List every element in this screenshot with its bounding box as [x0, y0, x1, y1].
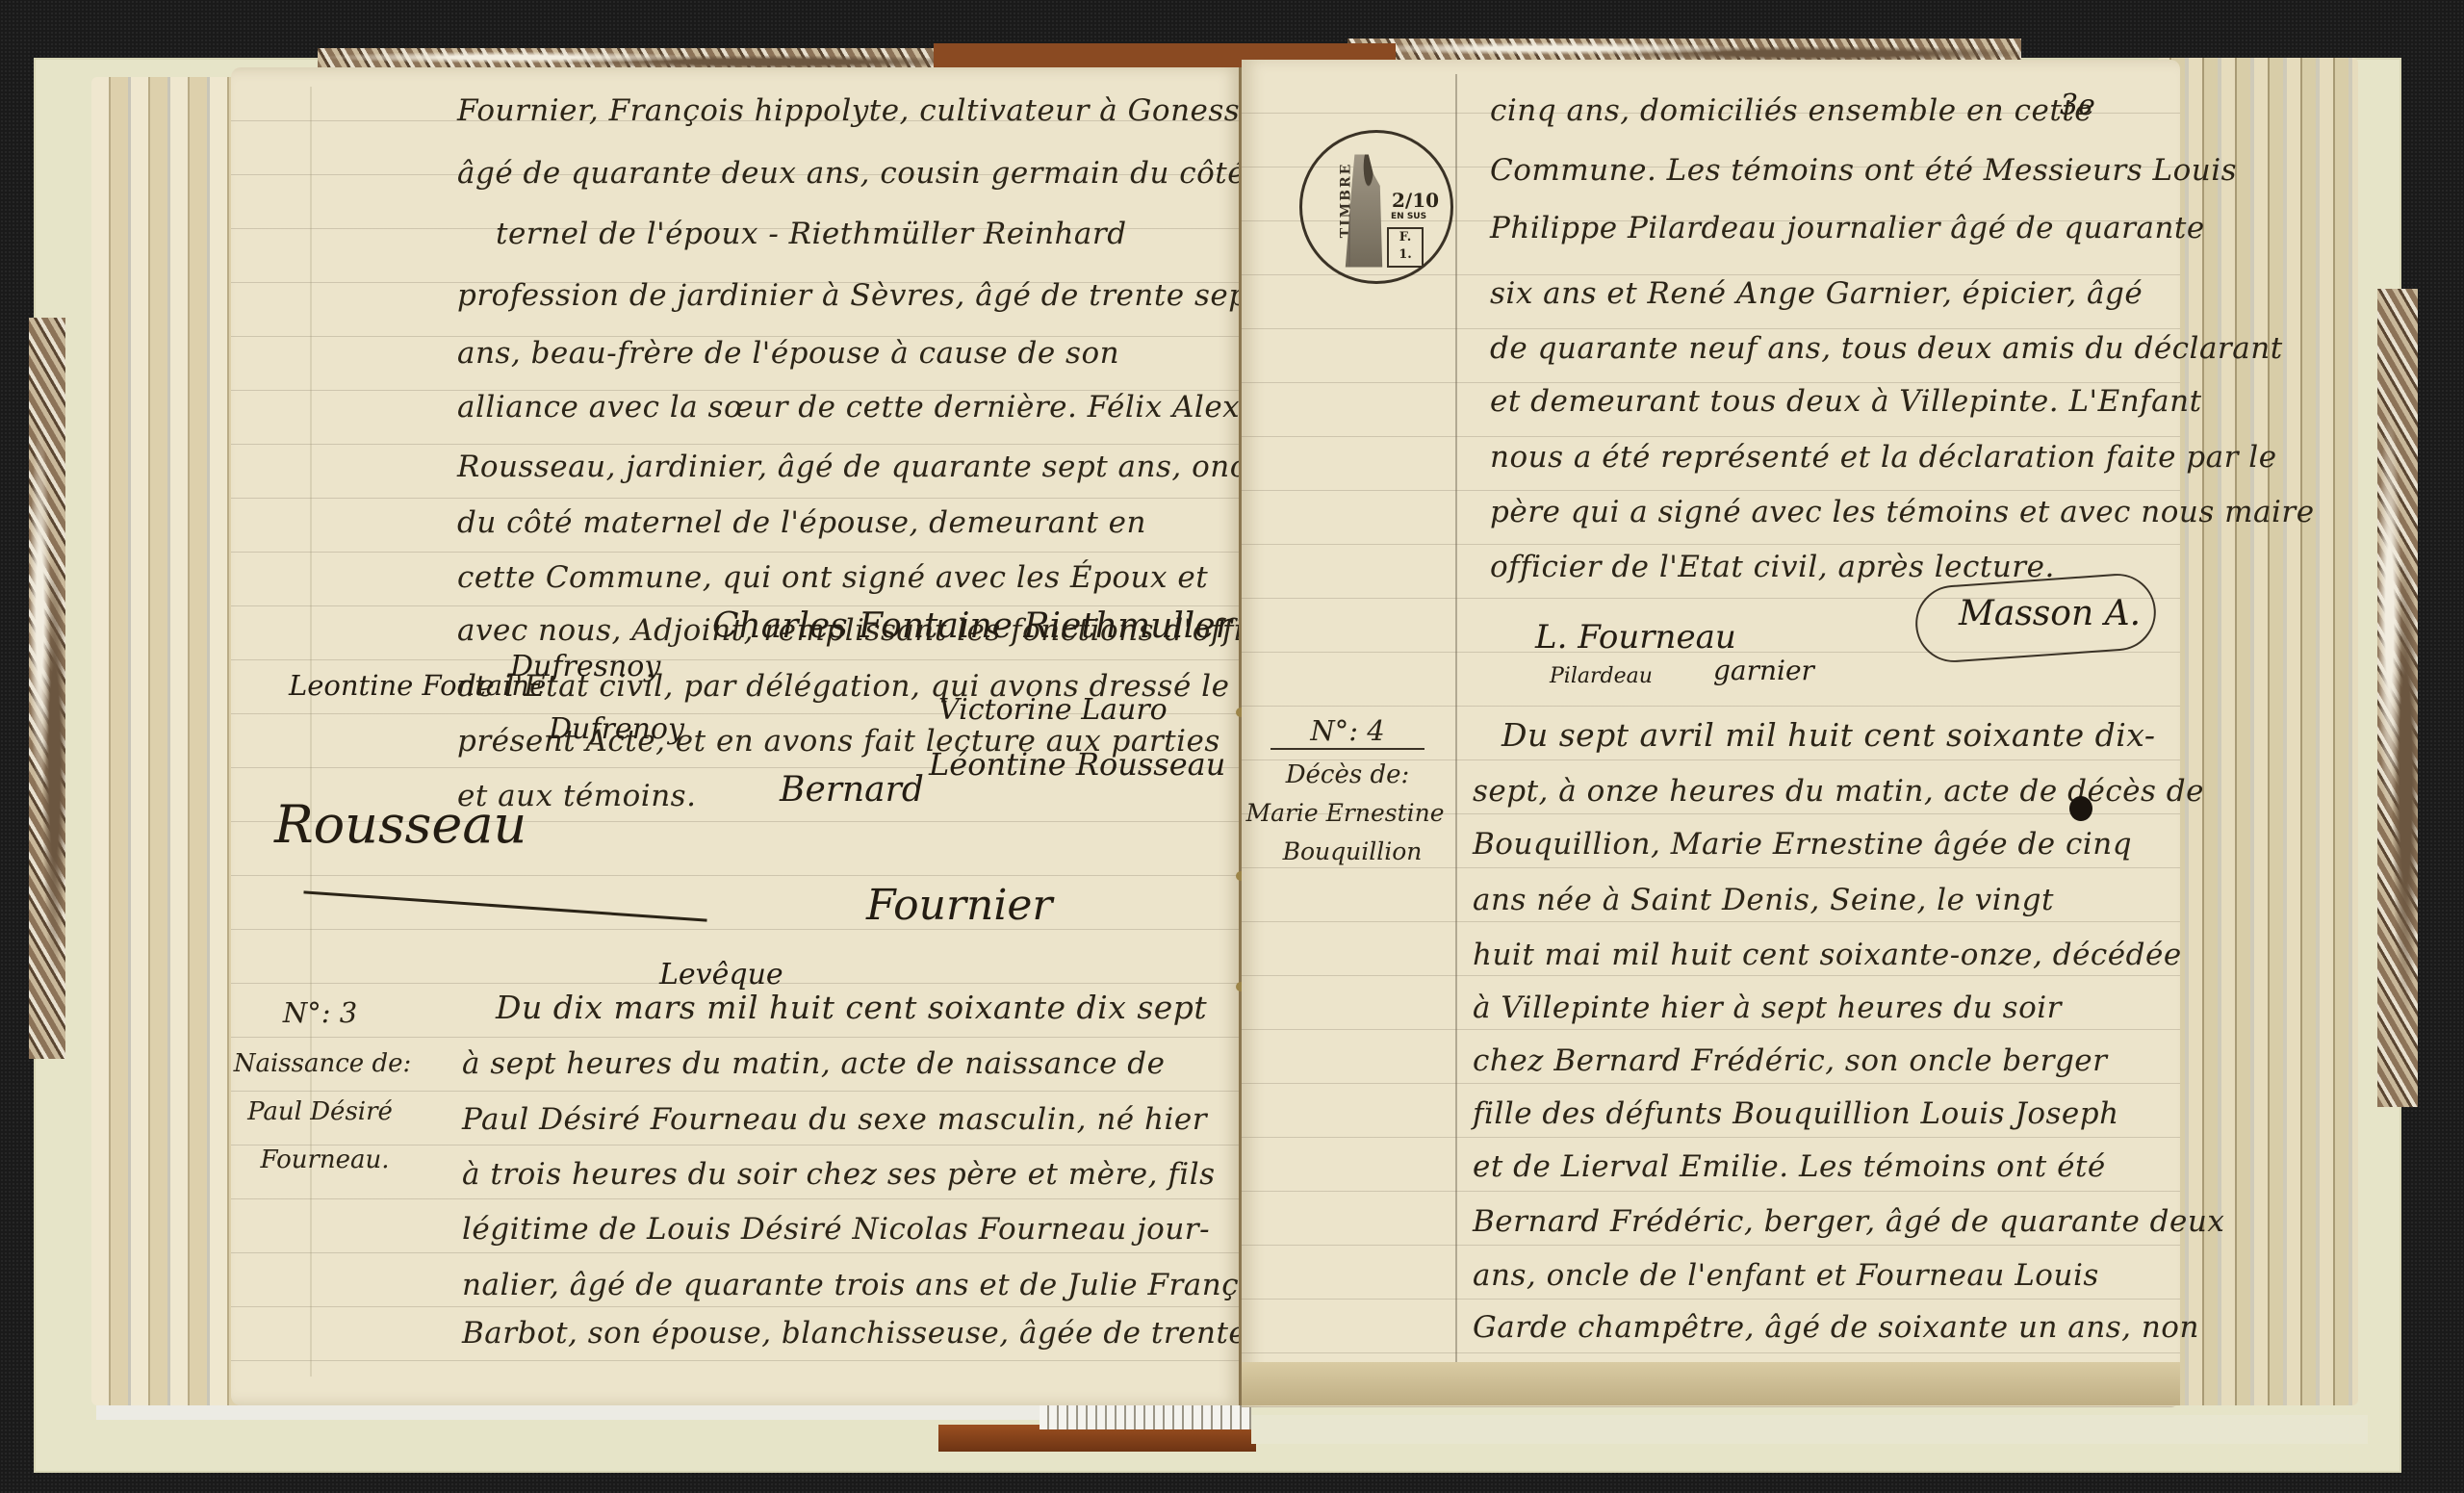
signature-fourneau: L. Fourneau — [1535, 618, 1736, 656]
entry-4-line: et de Lierval Emilie. Les témoins ont ét… — [1473, 1152, 2106, 1182]
entry-3-line: à trois heures du soir chez ses père et … — [462, 1160, 1216, 1190]
text-line: âgé de quarante deux ans, cousin germain… — [457, 159, 1245, 189]
text-line: nous a été représenté et la déclaration … — [1490, 443, 2277, 473]
signature-masson: Masson A. — [1959, 594, 2141, 633]
entry-4-line: à Villepinte hier à sept heures du soir — [1473, 993, 2062, 1023]
right-margin-rule — [1455, 74, 1457, 1374]
text-line: ans, beau-frère de l'épouse à cause de s… — [457, 339, 1119, 369]
text-line: officier de l'Etat civil, après lecture. — [1490, 553, 2055, 582]
signature-bernard: Bernard — [780, 770, 924, 810]
signature-dufrenoy: Dufrenoy — [549, 712, 684, 746]
text-line: et demeurant tous deux à Villepinte. L'E… — [1490, 387, 2202, 417]
entry-3-line: Du dix mars mil huit cent soixante dix s… — [496, 991, 1207, 1023]
entry-4-line: ans née à Saint Denis, Seine, le vingt — [1473, 886, 2054, 915]
entry-4-line: huit mai mil huit cent soixante-onze, dé… — [1473, 940, 2182, 970]
entry-4-line: Du sept avril mil huit cent soixante dix… — [1501, 719, 2156, 751]
signature-leveque: Levêque — [659, 958, 783, 991]
entry-3-line: nalier, âgé de quarante trois ans et de … — [462, 1271, 1301, 1300]
entry-3-line: à sept heures du matin, acte de naissanc… — [462, 1049, 1165, 1079]
tax-stamp-timbre: TIMBRE 2/10 EN SUS F. 1. — [1299, 130, 1453, 284]
ink-blot — [2069, 796, 2092, 821]
stamp-value-box: F. 1. — [1387, 227, 1424, 268]
stamp-box-line-1: F. — [1389, 229, 1422, 246]
signature-dufresnoy: Dufresnoy — [510, 650, 660, 683]
entry-4-line: fille des défunts Bouquillion Louis Jose… — [1473, 1099, 2119, 1129]
text-line: cinq ans, domiciliés ensemble en cette — [1490, 96, 2092, 126]
signature-charles-fontaine: Charles Fontaine Riethmuller — [712, 606, 1232, 646]
page-block-bottom-right — [1251, 1415, 2368, 1444]
entry-4-line: sept, à onze heures du matin, acte de dé… — [1473, 777, 2204, 807]
entry-3-name-first: Paul Désiré — [231, 1097, 409, 1126]
entry-4-type: Décès de: — [1261, 760, 1434, 789]
entry-4-name-first: Marie Ernestine — [1242, 799, 1449, 827]
text-line: Philippe Pilardeau journalier âgé de qua… — [1490, 214, 2205, 244]
signature-fournier: Fournier — [866, 881, 1052, 930]
signature-garnier: garnier — [1713, 655, 1814, 686]
entry-4-number: N°: 4 — [1261, 714, 1434, 747]
right-page-bottom-edge — [1242, 1362, 2180, 1405]
entry-3-line: Barbot, son épouse, blanchisseuse, âgée … — [462, 1319, 1246, 1349]
text-line: du côté maternel de l'épouse, demeurant … — [457, 508, 1146, 538]
page-stack-right — [2156, 58, 2358, 1405]
left-page: Fournier, François hippolyte, cultivateu… — [231, 67, 1242, 1405]
entry-4-name-last: Bouquillion — [1261, 837, 1444, 865]
text-line: alliance avec la sœur de cette dernière.… — [457, 393, 1330, 423]
text-line: Rousseau, jardinier, âgé de quarante sep… — [457, 452, 1275, 482]
text-line: six ans et René Ange Garnier, épicier, â… — [1490, 279, 2143, 309]
entry-3-line: légitime de Louis Désiré Nicolas Fournea… — [462, 1215, 1210, 1245]
signature-flourish — [303, 890, 706, 921]
text-line: père qui a signé avec les témoins et ave… — [1490, 498, 2315, 528]
signature-leontine-rousseau: Léontine Rousseau — [929, 746, 1225, 783]
entry-4-line: Bernard Frédéric, berger, âgé de quarant… — [1473, 1207, 2224, 1237]
text-line: cette Commune, qui ont signé avec les Ép… — [457, 563, 1208, 593]
entry-3-line: Paul Désiré Fourneau du sexe masculin, n… — [462, 1105, 1207, 1135]
entry-4-line: chez Bernard Frédéric, son oncle berger — [1473, 1046, 2107, 1076]
marbled-endpaper-right — [2377, 289, 2418, 1107]
text-line: profession de jardinier à Sèvres, âgé de… — [457, 281, 1261, 311]
stamp-box-line-2: 1. — [1389, 246, 1422, 264]
text-line: Fournier, François hippolyte, cultivateu… — [457, 96, 1258, 126]
entry-3-type: Naissance de: — [231, 1049, 414, 1078]
signature-leontine: Leontine Fontaine — [289, 669, 546, 702]
text-line: de quarante neuf ans, tous deux amis du … — [1490, 334, 2283, 364]
entry-4-line: Bouquillion, Marie Ernestine âgée de cin… — [1473, 830, 2132, 860]
text-line: ternel de l'époux - Riethmüller Reinhard — [496, 219, 1127, 249]
left-margin-rule — [310, 87, 312, 1377]
stamp-price: 2/10 — [1392, 189, 1439, 212]
entry-4-line: ans, oncle de l'enfant et Fourneau Louis — [1473, 1261, 2099, 1291]
signature-victorine: Victorine Lauro — [938, 693, 1168, 727]
entry-4-number-underline — [1270, 748, 1424, 750]
entry-3-name-last: Fourneau. — [241, 1145, 409, 1174]
signature-pilardeau: Pilardeau — [1550, 664, 1653, 688]
entry-3-number: N°: 3 — [241, 996, 399, 1029]
text-line: Commune. Les témoins ont été Messieurs L… — [1490, 156, 2237, 186]
stamp-price-sub: EN SUS — [1391, 212, 1426, 221]
entry-4-line: Garde champêtre, âgé de soixante un ans,… — [1473, 1313, 2199, 1343]
marbled-endpaper-left — [29, 318, 65, 1059]
signature-rousseau: Rousseau — [274, 794, 526, 855]
